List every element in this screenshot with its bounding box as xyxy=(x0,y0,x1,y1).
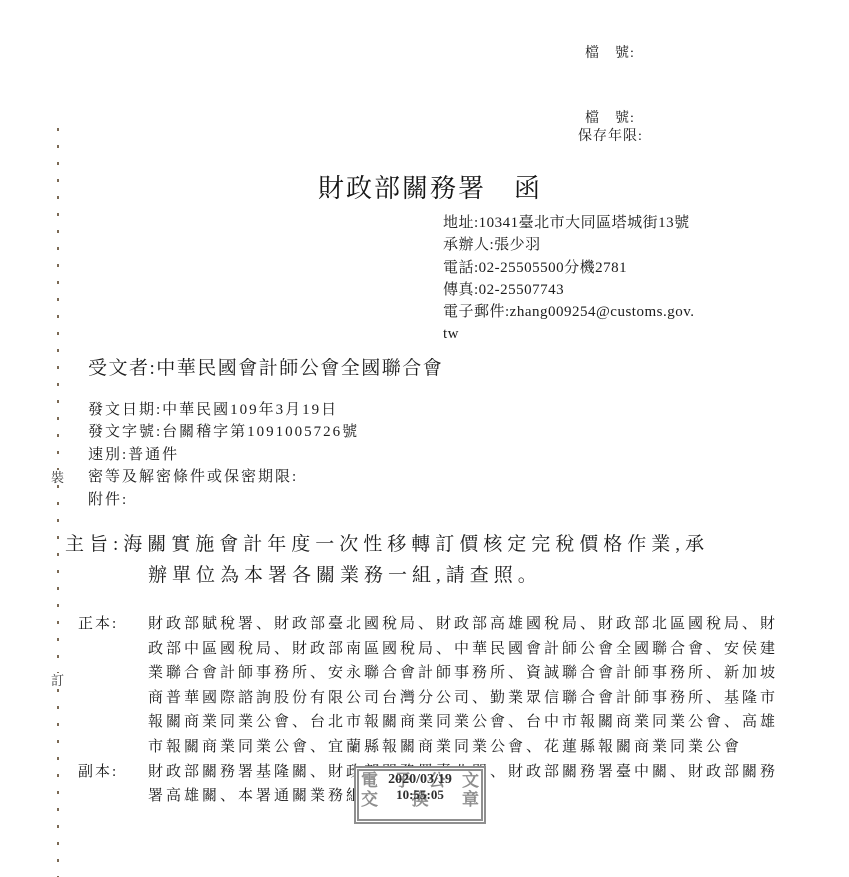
stamp-time: 10:55:05 xyxy=(359,788,481,802)
sender-email: 電子郵件:zhang009254@customs.gov. xyxy=(443,301,695,323)
original-recipients-line: 市報關商業同業公會、宜蘭縣報關商業同業公會、花蓮縣報關商業同業公會 xyxy=(148,735,778,760)
original-recipients-lines: 財政部賦稅署、財政部臺北國稅局、財政部高雄國稅局、財政部北區國稅局、財 政部中區… xyxy=(148,612,778,760)
original-recipients-row: 正本: 財政部賦稅署、財政部臺北國稅局、財政部高雄國稅局、財政部北區國稅局、財 … xyxy=(78,612,778,760)
subject-line-1: 主旨:海關實施會計年度一次性移轉訂價核定完稅價格作業,承 xyxy=(65,529,709,556)
original-recipients-line: 業聯合會計師事務所、安永聯合會計師事務所、資誠聯合會計師事務所、新加坡 xyxy=(148,661,778,686)
binding-dotted-line xyxy=(57,128,59,877)
document-title: 財政部關務署 函 xyxy=(318,168,542,205)
binding-mark-ding: 訂 xyxy=(49,673,66,688)
binding-mark-zhuang: 裝 xyxy=(49,470,66,485)
sender-email-continuation: tw xyxy=(443,323,695,345)
meta-attachment: 附件: xyxy=(88,489,359,511)
original-recipients-label: 正本: xyxy=(78,612,148,760)
meta-speed-class: 速別:普通件 xyxy=(88,444,359,466)
original-recipients-line: 政部中區國稅局、財政部南區國稅局、中華民國會計師公會全國聯合會、安侯建 xyxy=(148,637,778,662)
meta-reference-number: 發文字號:台關稽字第1091005726號 xyxy=(88,421,359,443)
stamp-date: 2020/03/19 xyxy=(359,772,481,788)
stamp-datetime: 2020/03/19 10:55:05 xyxy=(359,772,481,802)
document-page: 裝 訂 檔 號: 檔 號: 保存年限: 財政部關務署 函 地址:10341臺北市… xyxy=(0,0,849,877)
sender-info-block: 地址:10341臺北市大同區塔城街13號 承辦人:張少羽 電話:02-25505… xyxy=(443,212,695,346)
file-info-block: 檔 號: 保存年限: xyxy=(578,110,643,146)
sender-phone: 電話:02-25505500分機2781 xyxy=(443,257,695,279)
original-recipients-line: 商普華國際諮詢股份有限公司台灣分公司、勤業眾信聯合會計師事務所、基隆市 xyxy=(148,686,778,711)
recipient-line: 受文者:中華民國會計師公會全國聯合會 xyxy=(88,353,443,380)
document-meta-block: 發文日期:中華民國109年3月19日 發文字號:台關稽字第1091005726號… xyxy=(88,399,359,511)
retention-period-label: 保存年限: xyxy=(578,128,643,146)
file-number-label-top: 檔 號: xyxy=(585,42,635,62)
meta-issue-date: 發文日期:中華民國109年3月19日 xyxy=(88,399,359,421)
original-recipients-line: 財政部賦稅署、財政部臺北國稅局、財政部高雄國稅局、財政部北區國稅局、財 xyxy=(148,612,778,637)
sender-address: 地址:10341臺北市大同區塔城街13號 xyxy=(443,212,695,234)
copy-recipients-label: 副本: xyxy=(78,760,148,809)
electronic-exchange-stamp: 電 子 公 文 交 換 章 2020/03/19 10:55:05 xyxy=(354,766,486,824)
sender-contact-person: 承辦人:張少羽 xyxy=(443,234,695,256)
file-number-label: 檔 號: xyxy=(578,110,643,128)
sender-fax: 傳真:02-25507743 xyxy=(443,279,695,301)
meta-security-class: 密等及解密條件或保密期限: xyxy=(88,466,359,488)
subject-line-2: 辦單位為本署各關業務一組,請查照。 xyxy=(148,560,542,587)
original-recipients-line: 報關商業同業公會、台北市報關商業同業公會、台中市報關商業同業公會、高雄 xyxy=(148,710,778,735)
